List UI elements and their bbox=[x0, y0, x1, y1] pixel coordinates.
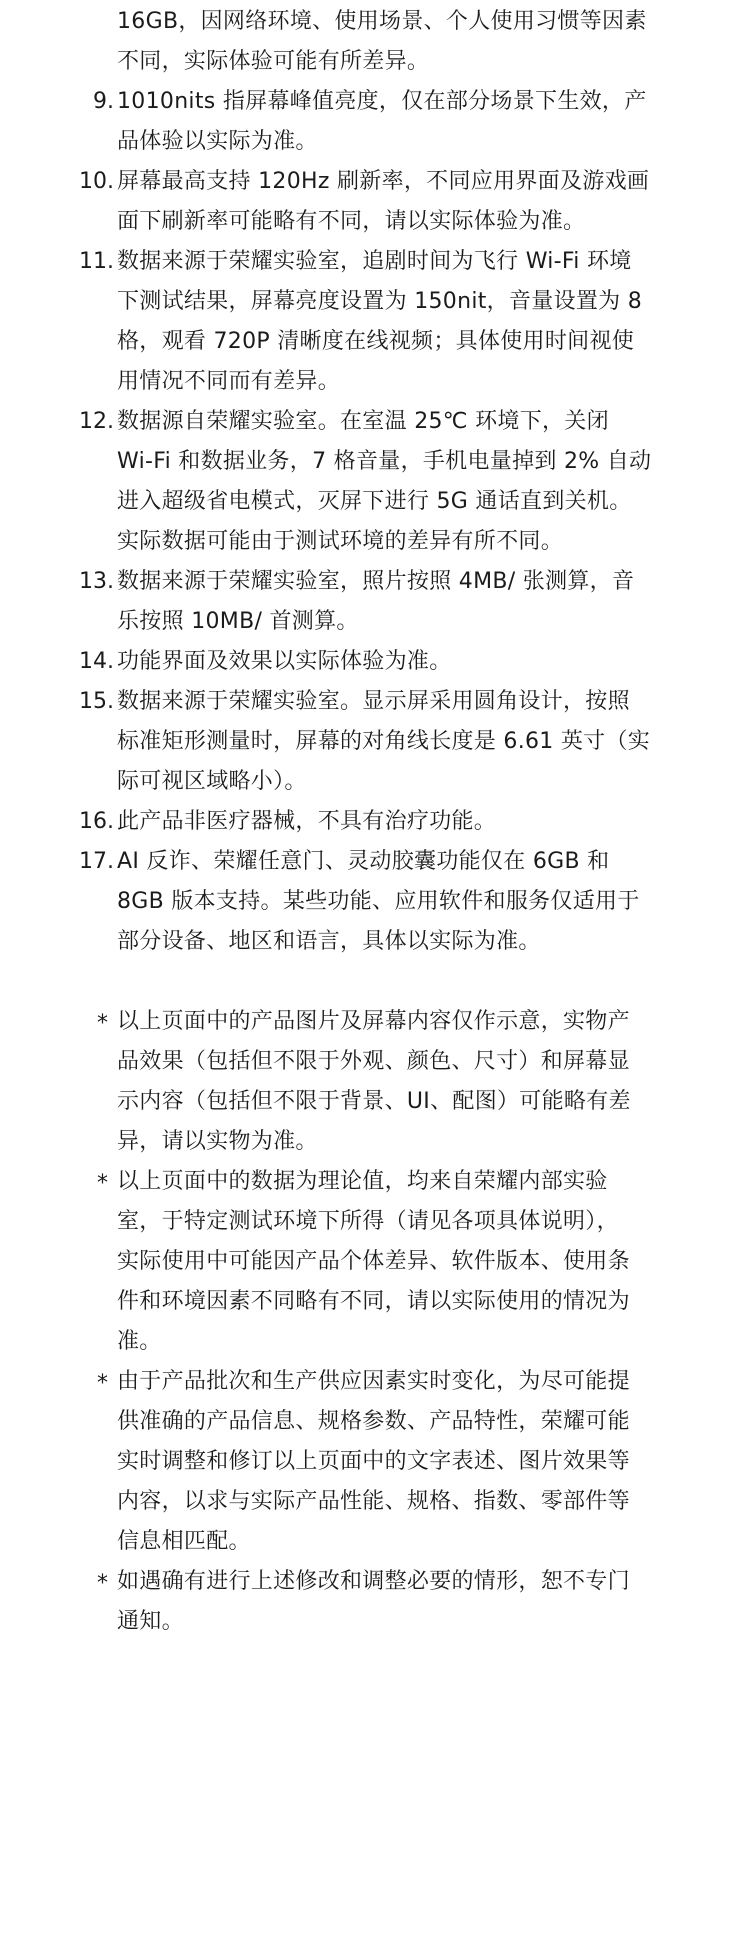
footnote-line: 15.数据来源于荣耀实验室。显示屏采用圆角设计，按照 bbox=[0, 682, 750, 722]
footnote-line: 16.此产品非医疗器械，不具有治疗功能。 bbox=[0, 802, 750, 842]
footnote-line: 9.1010nits 指屏幕峰值亮度，仅在部分场景下生效，产 bbox=[0, 82, 750, 122]
disclaimer-line: *以上页面中的产品图片及屏幕内容仅作示意，实物产 bbox=[0, 1002, 750, 1042]
asterisk-bullet: * bbox=[97, 1364, 108, 1404]
footnote-item-9: 9.1010nits 指屏幕峰值亮度，仅在部分场景下生效，产 品体验以实际为准。 bbox=[0, 82, 750, 162]
asterisk-bullet: * bbox=[97, 1004, 108, 1044]
footnote-number: 11. bbox=[79, 242, 114, 282]
footnote-line: 标准矩形测量时，屏幕的对角线长度是 6.61 英寸（实 bbox=[0, 722, 750, 762]
disclaimer-line: 内容，以求与实际产品性能、规格、指数、零部件等 bbox=[0, 1482, 750, 1522]
footnote-list: 16GB，因网络环境、使用场景、个人使用习惯等因素 不同，实际体验可能有所差异。… bbox=[0, 2, 750, 962]
footnote-number: 9. bbox=[93, 82, 114, 122]
footnote-line: 部分设备、地区和语言，具体以实际为准。 bbox=[0, 922, 750, 962]
footnote-item-13: 13.数据来源于荣耀实验室，照片按照 4MB/ 张测算，音 乐按照 10MB/ … bbox=[0, 562, 750, 642]
footnote-item-11: 11.数据来源于荣耀实验室，追剧时间为飞行 Wi-Fi 环境 下测试结果，屏幕亮… bbox=[0, 242, 750, 402]
footnote-line: 8GB 版本支持。某些功能、应用软件和服务仅适用于 bbox=[0, 882, 750, 922]
footnote-line: 12.数据源自荣耀实验室。在室温 25℃ 环境下，关闭 bbox=[0, 402, 750, 442]
footnote-number: 12. bbox=[79, 402, 114, 442]
footnote-number: 17. bbox=[79, 842, 114, 882]
disclaimer-line: *如遇确有进行上述修改和调整必要的情形，恕不专门 bbox=[0, 1562, 750, 1602]
footnote-item-16: 16.此产品非医疗器械，不具有治疗功能。 bbox=[0, 802, 750, 842]
footnote-item-15: 15.数据来源于荣耀实验室。显示屏采用圆角设计，按照 标准矩形测量时，屏幕的对角… bbox=[0, 682, 750, 802]
footnote-number: 16. bbox=[79, 802, 114, 842]
disclaimer-line: 准。 bbox=[0, 1322, 750, 1362]
footnote-line: 面下刷新率可能略有不同，请以实际体验为准。 bbox=[0, 202, 750, 242]
disclaimer-line: *由于产品批次和生产供应因素实时变化，为尽可能提 bbox=[0, 1362, 750, 1402]
disclaimer-line: 示内容（包括但不限于背景、UI、配图）可能略有差 bbox=[0, 1082, 750, 1122]
disclaimer-item-no-notice: *如遇确有进行上述修改和调整必要的情形，恕不专门 通知。 bbox=[0, 1562, 750, 1642]
disclaimer-line: 供准确的产品信息、规格参数、产品特性，荣耀可能 bbox=[0, 1402, 750, 1442]
disclaimer-line: 实际使用中可能因产品个体差异、软件版本、使用条 bbox=[0, 1242, 750, 1282]
disclaimer-line: 异，请以实物为准。 bbox=[0, 1122, 750, 1162]
footnote-line: 实际数据可能由于测试环境的差异有所不同。 bbox=[0, 522, 750, 562]
footnote-number: 13. bbox=[79, 562, 114, 602]
disclaimer-item-theoretical-data: *以上页面中的数据为理论值，均来自荣耀内部实验 室，于特定测试环境下所得（请见各… bbox=[0, 1162, 750, 1362]
footnote-line: 10.屏幕最高支持 120Hz 刷新率，不同应用界面及游戏画 bbox=[0, 162, 750, 202]
footnote-item-14: 14.功能界面及效果以实际体验为准。 bbox=[0, 642, 750, 682]
footnote-line: 11.数据来源于荣耀实验室，追剧时间为飞行 Wi-Fi 环境 bbox=[0, 242, 750, 282]
footnote-number: 10. bbox=[79, 162, 114, 202]
footnote-item-8-continued: 16GB，因网络环境、使用场景、个人使用习惯等因素 不同，实际体验可能有所差异。 bbox=[0, 2, 750, 82]
asterisk-bullet: * bbox=[97, 1564, 108, 1604]
footnote-line: 际可视区域略小）。 bbox=[0, 762, 750, 802]
footnote-item-12: 12.数据源自荣耀实验室。在室温 25℃ 环境下，关闭 Wi-Fi 和数据业务，… bbox=[0, 402, 750, 562]
footnote-item-10: 10.屏幕最高支持 120Hz 刷新率，不同应用界面及游戏画 面下刷新率可能略有… bbox=[0, 162, 750, 242]
footnote-line: 不同，实际体验可能有所差异。 bbox=[0, 42, 750, 82]
footnote-line: 14.功能界面及效果以实际体验为准。 bbox=[0, 642, 750, 682]
footnote-line: 17.AI 反诈、荣耀任意门、灵动胶囊功能仅在 6GB 和 bbox=[0, 842, 750, 882]
disclaimer-line: 通知。 bbox=[0, 1602, 750, 1642]
footnote-number: 15. bbox=[79, 682, 114, 722]
footnote-line: 13.数据来源于荣耀实验室，照片按照 4MB/ 张测算，音 bbox=[0, 562, 750, 602]
disclaimer-line: 信息相匹配。 bbox=[0, 1522, 750, 1562]
footnote-line: 品体验以实际为准。 bbox=[0, 122, 750, 162]
footnote-line: 16GB，因网络环境、使用场景、个人使用习惯等因素 bbox=[0, 2, 750, 42]
footnote-line: 格，观看 720P 清晰度在线视频；具体使用时间视使 bbox=[0, 322, 750, 362]
section-spacer bbox=[0, 962, 750, 1002]
disclaimer-item-product-changes: *由于产品批次和生产供应因素实时变化，为尽可能提 供准确的产品信息、规格参数、产… bbox=[0, 1362, 750, 1562]
disclaimer-line: 品效果（包括但不限于外观、颜色、尺寸）和屏幕显 bbox=[0, 1042, 750, 1082]
disclaimer-line: 件和环境因素不同略有不同，请以实际使用的情况为 bbox=[0, 1282, 750, 1322]
footnote-number: 14. bbox=[79, 642, 114, 682]
footnote-line: 进入超级省电模式，灭屏下进行 5G 通话直到关机。 bbox=[0, 482, 750, 522]
footnote-line: 乐按照 10MB/ 首测算。 bbox=[0, 602, 750, 642]
footnote-line: Wi-Fi 和数据业务，7 格音量，手机电量掉到 2% 自动 bbox=[0, 442, 750, 482]
disclaimer-list: *以上页面中的产品图片及屏幕内容仅作示意，实物产 品效果（包括但不限于外观、颜色… bbox=[0, 1002, 750, 1642]
asterisk-bullet: * bbox=[97, 1164, 108, 1204]
footnote-line: 下测试结果，屏幕亮度设置为 150nit，音量设置为 8 bbox=[0, 282, 750, 322]
disclaimer-line: 实时调整和修订以上页面中的文字表述、图片效果等 bbox=[0, 1442, 750, 1482]
footnotes-document: 16GB，因网络环境、使用场景、个人使用习惯等因素 不同，实际体验可能有所差异。… bbox=[0, 2, 750, 1642]
disclaimer-line: *以上页面中的数据为理论值，均来自荣耀内部实验 bbox=[0, 1162, 750, 1202]
disclaimer-line: 室，于特定测试环境下所得（请见各项具体说明）， bbox=[0, 1202, 750, 1242]
disclaimer-item-product-images: *以上页面中的产品图片及屏幕内容仅作示意，实物产 品效果（包括但不限于外观、颜色… bbox=[0, 1002, 750, 1162]
footnote-line: 用情况不同而有差异。 bbox=[0, 362, 750, 402]
footnote-item-17: 17.AI 反诈、荣耀任意门、灵动胶囊功能仅在 6GB 和 8GB 版本支持。某… bbox=[0, 842, 750, 962]
